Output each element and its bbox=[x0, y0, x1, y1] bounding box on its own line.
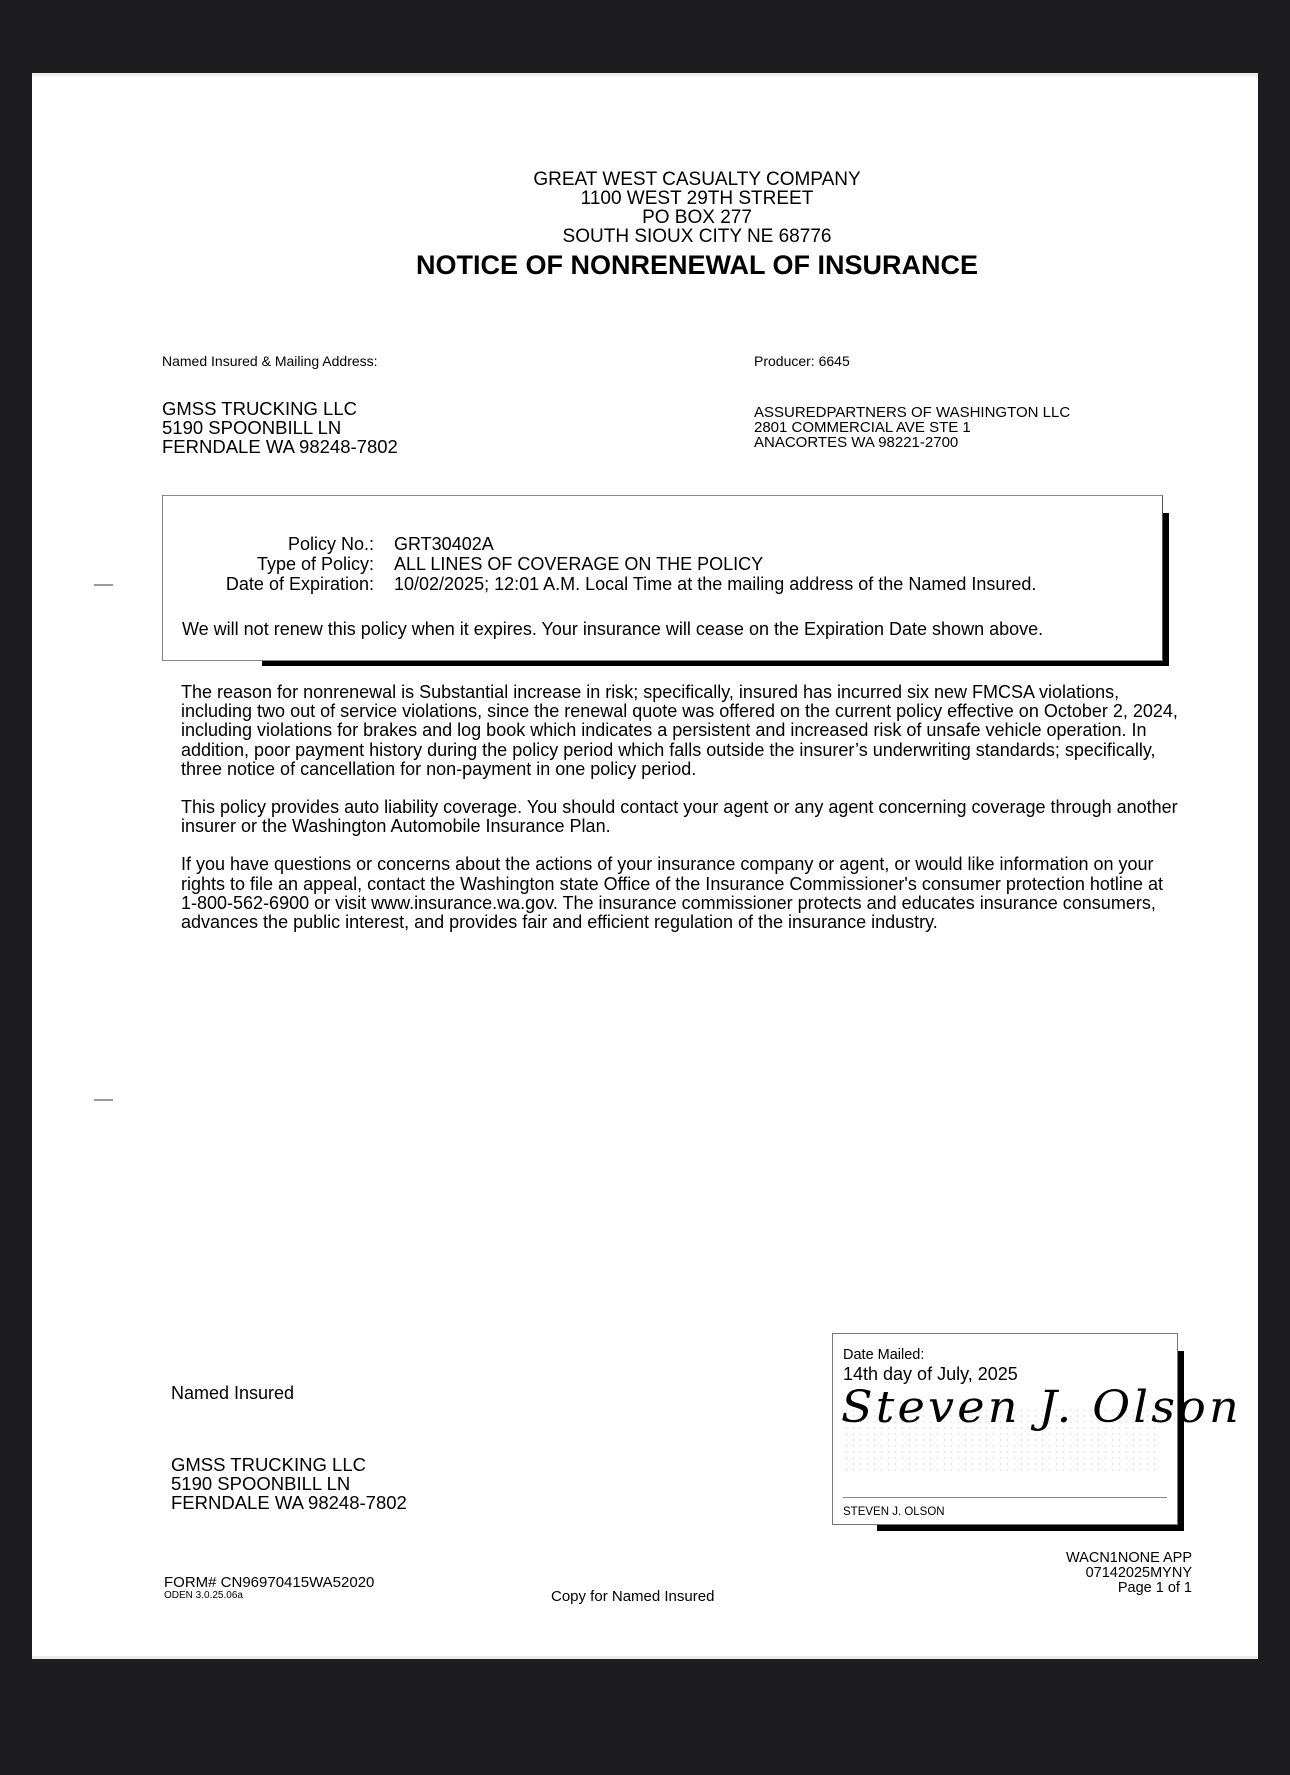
policy-number-label: Policy No.: bbox=[288, 534, 374, 554]
policy-type-label: Type of Policy: bbox=[257, 554, 374, 574]
address-line: ANACORTES WA 98221-2700 bbox=[754, 435, 1070, 450]
fold-mark bbox=[94, 1099, 113, 1101]
signature-box-shadow bbox=[877, 1525, 1184, 1531]
form-version: ODEN 3.0.25.06a bbox=[164, 1590, 243, 1601]
bottom-named-insured-address: GMSS TRUCKING LLC 5190 SPOONBILL LN FERN… bbox=[171, 1455, 407, 1512]
coverage-paragraph: This policy provides auto liability cove… bbox=[181, 798, 1181, 836]
company-street: 1100 WEST 29TH STREET bbox=[332, 189, 1062, 208]
address-line: GMSS TRUCKING LLC bbox=[162, 399, 398, 418]
expiration-label: Date of Expiration: bbox=[226, 574, 374, 594]
company-header: GREAT WEST CASUALTY COMPANY 1100 WEST 29… bbox=[332, 170, 1062, 246]
form-number: FORM# CN96970415WA52020 bbox=[164, 1574, 374, 1591]
document-title: NOTICE OF NONRENEWAL OF INSURANCE bbox=[332, 250, 1062, 280]
body-text: The reason for nonrenewal is Substantial… bbox=[181, 683, 1181, 951]
date-mailed-label: Date Mailed: bbox=[843, 1347, 924, 1363]
address-line: FERNDALE WA 98248-7802 bbox=[171, 1493, 407, 1512]
policy-type-value: ALL LINES OF COVERAGE ON THE POLICY bbox=[394, 554, 763, 574]
nonrenewal-statement: We will not renew this policy when it ex… bbox=[182, 619, 1043, 639]
fold-mark bbox=[94, 584, 113, 586]
address-line: 5190 SPOONBILL LN bbox=[171, 1474, 407, 1493]
company-city: SOUTH SIOUX CITY NE 68776 bbox=[332, 227, 1062, 246]
address-line: FERNDALE WA 98248-7802 bbox=[162, 437, 398, 456]
bottom-named-insured-label: Named Insured bbox=[171, 1383, 294, 1404]
policy-number-value: GRT30402A bbox=[394, 534, 494, 554]
page-number: Page 1 of 1 bbox=[1066, 1581, 1192, 1596]
footer-codes: WACN1NONE APP 07142025MYNY Page 1 of 1 bbox=[1066, 1551, 1192, 1596]
company-po-box: PO BOX 277 bbox=[332, 208, 1062, 227]
address-line: 5190 SPOONBILL LN bbox=[162, 418, 398, 437]
named-insured-address: GMSS TRUCKING LLC 5190 SPOONBILL LN FERN… bbox=[162, 399, 398, 456]
expiration-value: 10/02/2025; 12:01 A.M. Local Time at the… bbox=[394, 574, 1036, 594]
address-line: 2801 COMMERCIAL AVE STE 1 bbox=[754, 420, 1070, 435]
signature-box-shadow bbox=[1178, 1351, 1184, 1530]
policy-box-shadow bbox=[1163, 513, 1169, 666]
signer-name: STEVEN J. OLSON bbox=[843, 1506, 945, 1518]
signature-box: Date Mailed: 14th day of July, 2025 Stev… bbox=[832, 1333, 1178, 1525]
producer-label: Producer: 6645 bbox=[754, 353, 850, 369]
document-page: GREAT WEST CASUALTY COMPANY 1100 WEST 29… bbox=[32, 73, 1258, 1659]
company-name: GREAT WEST CASUALTY COMPANY bbox=[332, 170, 1062, 189]
producer-address: ASSUREDPARTNERS OF WASHINGTON LLC 2801 C… bbox=[754, 405, 1070, 450]
signature-line bbox=[843, 1497, 1167, 1498]
appeal-paragraph: If you have questions or concerns about … bbox=[181, 855, 1181, 932]
address-line: GMSS TRUCKING LLC bbox=[171, 1455, 407, 1474]
policy-info-box: Policy No.: GRT30402A Type of Policy: AL… bbox=[162, 495, 1163, 661]
address-line: ASSUREDPARTNERS OF WASHINGTON LLC bbox=[754, 405, 1070, 420]
footer-code-line: WACN1NONE APP bbox=[1066, 1551, 1192, 1566]
footer-code-line: 07142025MYNY bbox=[1066, 1566, 1192, 1581]
reason-paragraph: The reason for nonrenewal is Substantial… bbox=[181, 683, 1181, 779]
signature: Steven J. Olson bbox=[841, 1382, 1242, 1433]
copy-label: Copy for Named Insured bbox=[551, 1588, 714, 1605]
named-insured-label: Named Insured & Mailing Address: bbox=[162, 353, 378, 369]
